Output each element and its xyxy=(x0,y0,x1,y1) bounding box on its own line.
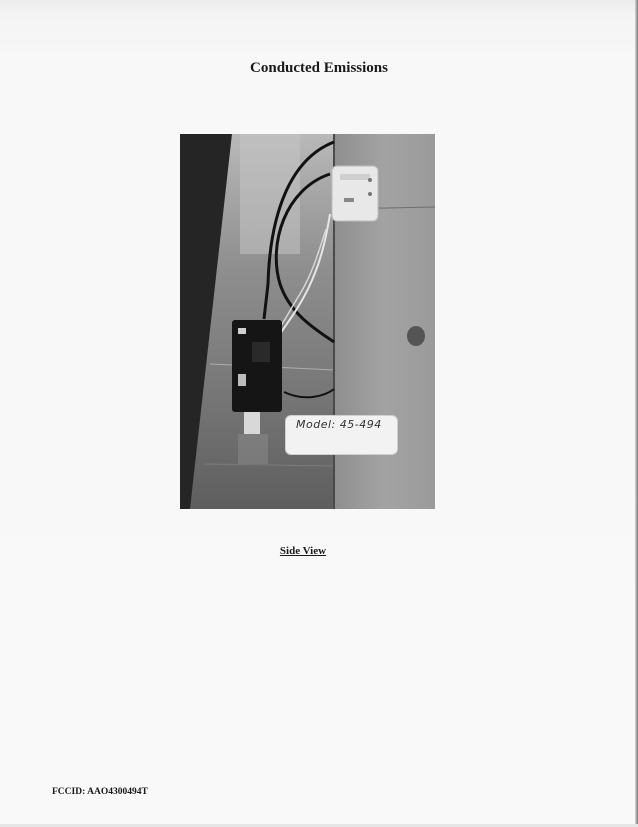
fcc-id: FCCID: AAO4300494T xyxy=(52,787,148,797)
device-photo: Model: 45-494 xyxy=(180,134,435,509)
model-label-card: Model: 45-494 xyxy=(286,416,397,454)
photo-caption: Side View xyxy=(0,545,606,557)
page-title: Conducted Emissions xyxy=(0,60,638,77)
model-label-text: Model: 45-494 xyxy=(296,418,382,431)
document-page: Conducted Emissions xyxy=(0,0,638,827)
